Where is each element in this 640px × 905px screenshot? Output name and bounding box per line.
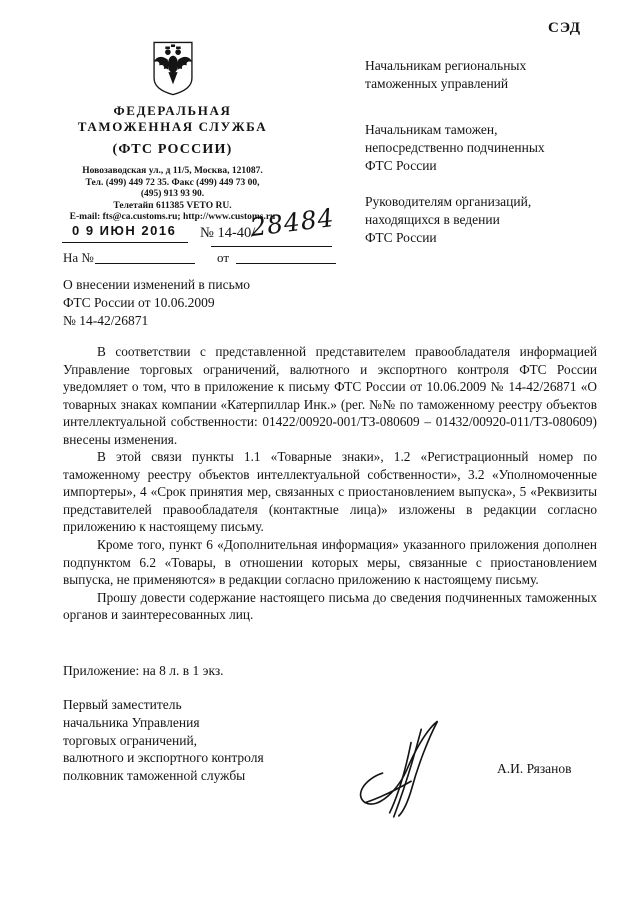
outgoing-number-underline (211, 246, 332, 247)
body-paragraph-3: Кроме того, пункт 6 «Дополнительная инфо… (63, 536, 597, 589)
body-paragraph-2: В этой связи пункты 1.1 «Товарные знаки»… (63, 448, 597, 536)
letter-subject: О внесении изменений в письмо ФТС России… (63, 276, 383, 329)
letter-body: В соответствии с представленной представ… (63, 343, 597, 624)
date-stamp: 0 9 ИЮН 2016 (72, 223, 176, 238)
address-street: Новозаводская ул., д 11/5, Москва, 12108… (30, 166, 315, 178)
letterhead: ФЕДЕРАЛЬНАЯ ТАМОЖЕННАЯ СЛУЖБА (ФТС РОССИ… (30, 40, 315, 224)
body-paragraph-4: Прошу довести содержание настоящего пись… (63, 589, 597, 624)
handwritten-signature-icon (352, 716, 464, 818)
scanned-letter-page: { "page": { "sed_mark": "СЭД" }, "letter… (0, 0, 640, 905)
body-paragraph-1: В соответствии с представленной представ… (63, 343, 597, 448)
outgoing-number-prefix: № 14-40/ (200, 225, 255, 242)
sed-mark: СЭД (548, 20, 581, 37)
coat-of-arms-icon (151, 40, 195, 97)
recipient-regional-customs: Начальникам региональных таможенных упра… (365, 57, 610, 93)
signer-position: Первый заместитель начальника Управления… (63, 696, 363, 785)
org-name-line1: ФЕДЕРАЛЬНАЯ (30, 103, 315, 119)
incoming-date-label: от (217, 250, 229, 266)
attachment-note: Приложение: на 8 л. в 1 экз. (63, 663, 224, 679)
incoming-number-label: На № (63, 250, 94, 266)
incoming-number-blank (95, 263, 195, 264)
address-phone-fax: Тел. (499) 449 72 35. Факс (499) 449 73 … (30, 178, 315, 190)
recipient-direct-customs: Начальникам таможен, непосредственно под… (365, 121, 610, 175)
incoming-date-blank (236, 263, 336, 264)
signer-name: А.И. Рязанов (497, 761, 572, 777)
date-underline (62, 242, 188, 243)
address-phone2: (495) 913 93 90. (30, 189, 315, 201)
org-short-name: (ФТС РОССИИ) (30, 142, 315, 158)
org-name-line2: ТАМОЖЕННАЯ СЛУЖБА (30, 119, 315, 135)
recipient-organizations: Руководителям организаций, находящихся в… (365, 193, 610, 247)
